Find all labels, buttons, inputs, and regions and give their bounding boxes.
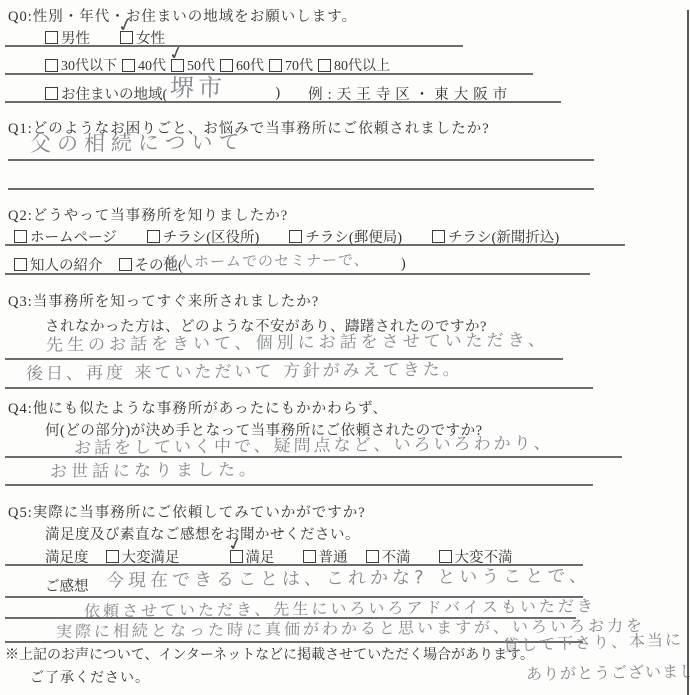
- checkbox-icon: [303, 550, 316, 563]
- footer-note-line1: ※上記のお声について、インターネットなどに掲載させていただく場合があります。: [5, 644, 534, 664]
- region-handwritten-answer: 堺市: [170, 74, 227, 103]
- checkbox-option-age-60s: ✓ 60代: [220, 55, 264, 75]
- checkbox-icon: [14, 258, 27, 271]
- checkbox-icon: [119, 258, 132, 271]
- checkbox-option-age-40s: ✓ 40代: [122, 55, 166, 75]
- checkmark-icon: ✓: [226, 534, 245, 555]
- checkbox-option-age-70s: ✓ 70代: [269, 55, 313, 75]
- q0-title: Q0:性別・年代・お住まいの地域をお願いします。: [8, 5, 357, 26]
- q5-handwritten-comment-line1: 今現在できることは、これかな? ということで、: [106, 565, 591, 592]
- q2-other-handwritten-answer: 老人ホームでのセミナーで、: [162, 251, 370, 271]
- checkbox-icon: [45, 87, 58, 100]
- q3-title: Q3:当事務所を知ってすぐ来所されましたか?: [8, 290, 319, 311]
- checkbox-option-age-80s: ✓ 80代以上: [318, 55, 390, 75]
- checkbox-icon: [122, 59, 135, 72]
- checkbox-icon: [147, 230, 160, 243]
- q3-handwritten-answer-line2: 後日、再度 来ていただいて 方針がみえてきた。: [26, 360, 463, 385]
- checkbox-icon: [220, 59, 233, 72]
- q2-title: Q2:どうやって当事務所を知りましたか?: [8, 204, 288, 225]
- q5-title: Q5:実際に当事務所にご依頼してみていかがですか?: [8, 501, 366, 522]
- answer-line: [5, 641, 583, 643]
- checkbox-icon: [45, 59, 58, 72]
- answer-line: [5, 45, 463, 47]
- q4-handwritten-answer-line2: お世話になりました。: [50, 460, 260, 483]
- checkbox-icon: [366, 550, 379, 563]
- checkbox-icon: [14, 230, 27, 243]
- q0-age-row: ✓ 30代以下 ✓ 40代 ✓ 50代 ✓ 60代 ✓ 70代 ✓ 80代以上: [45, 55, 390, 75]
- checkbox-option-referral: ✓ 知人の紹介: [14, 254, 103, 275]
- answer-line: [5, 73, 533, 75]
- q4-title: Q4:他にも似たような事務所があったにもかかわらず、: [8, 397, 388, 418]
- answer-line: [5, 273, 590, 275]
- option-label: 70代: [285, 55, 313, 75]
- answer-line: [8, 159, 594, 161]
- answer-line: [5, 244, 625, 246]
- checkbox-option-age-50s: ✓ 50代: [171, 55, 215, 75]
- checkbox-icon: [439, 550, 452, 563]
- q1-handwritten-answer: 父の相続について: [30, 130, 246, 157]
- option-label: 40代: [138, 55, 166, 75]
- answer-line: [5, 358, 563, 360]
- checkbox-option-age-30s: ✓ 30代以下: [45, 55, 117, 75]
- checkbox-icon: [289, 230, 302, 243]
- answer-line: [5, 484, 593, 486]
- q3-handwritten-answer-line1: 先生のお話をきいて、個別にお話をさせていただき、: [46, 330, 549, 356]
- other-close-paren: ): [401, 256, 406, 273]
- footer-note-line2: ご了承ください。: [30, 667, 150, 687]
- checkbox-icon: [432, 230, 445, 243]
- footer-handwritten-line2: ありがとうございました: [526, 661, 690, 683]
- checkbox-icon: [269, 59, 282, 72]
- option-label: 60代: [236, 55, 264, 75]
- option-label: 30代以下: [61, 55, 117, 75]
- scan-page-edge-line: [687, 10, 689, 695]
- answer-line: [5, 456, 622, 458]
- answer-line: [8, 188, 594, 190]
- checkbox-icon: [106, 550, 119, 563]
- answer-line: [5, 101, 561, 103]
- survey-scan-page: Q0:性別・年代・お住まいの地域をお願いします。 ✓ 男性 ✓ 女性 ✓ 30代…: [0, 0, 690, 695]
- checkbox-icon: [318, 59, 331, 72]
- answer-line: [5, 387, 593, 389]
- q5-subtitle: 満足度及び素直なご感想をお聞かせください。: [45, 523, 360, 544]
- option-label: 50代: [187, 55, 215, 75]
- region-close-paren: ): [275, 85, 280, 102]
- option-label: 80代以上: [334, 55, 390, 75]
- checkbox-icon: [45, 31, 58, 44]
- option-label: 知人の紹介: [30, 254, 103, 275]
- comment-label: ご感想: [45, 575, 89, 596]
